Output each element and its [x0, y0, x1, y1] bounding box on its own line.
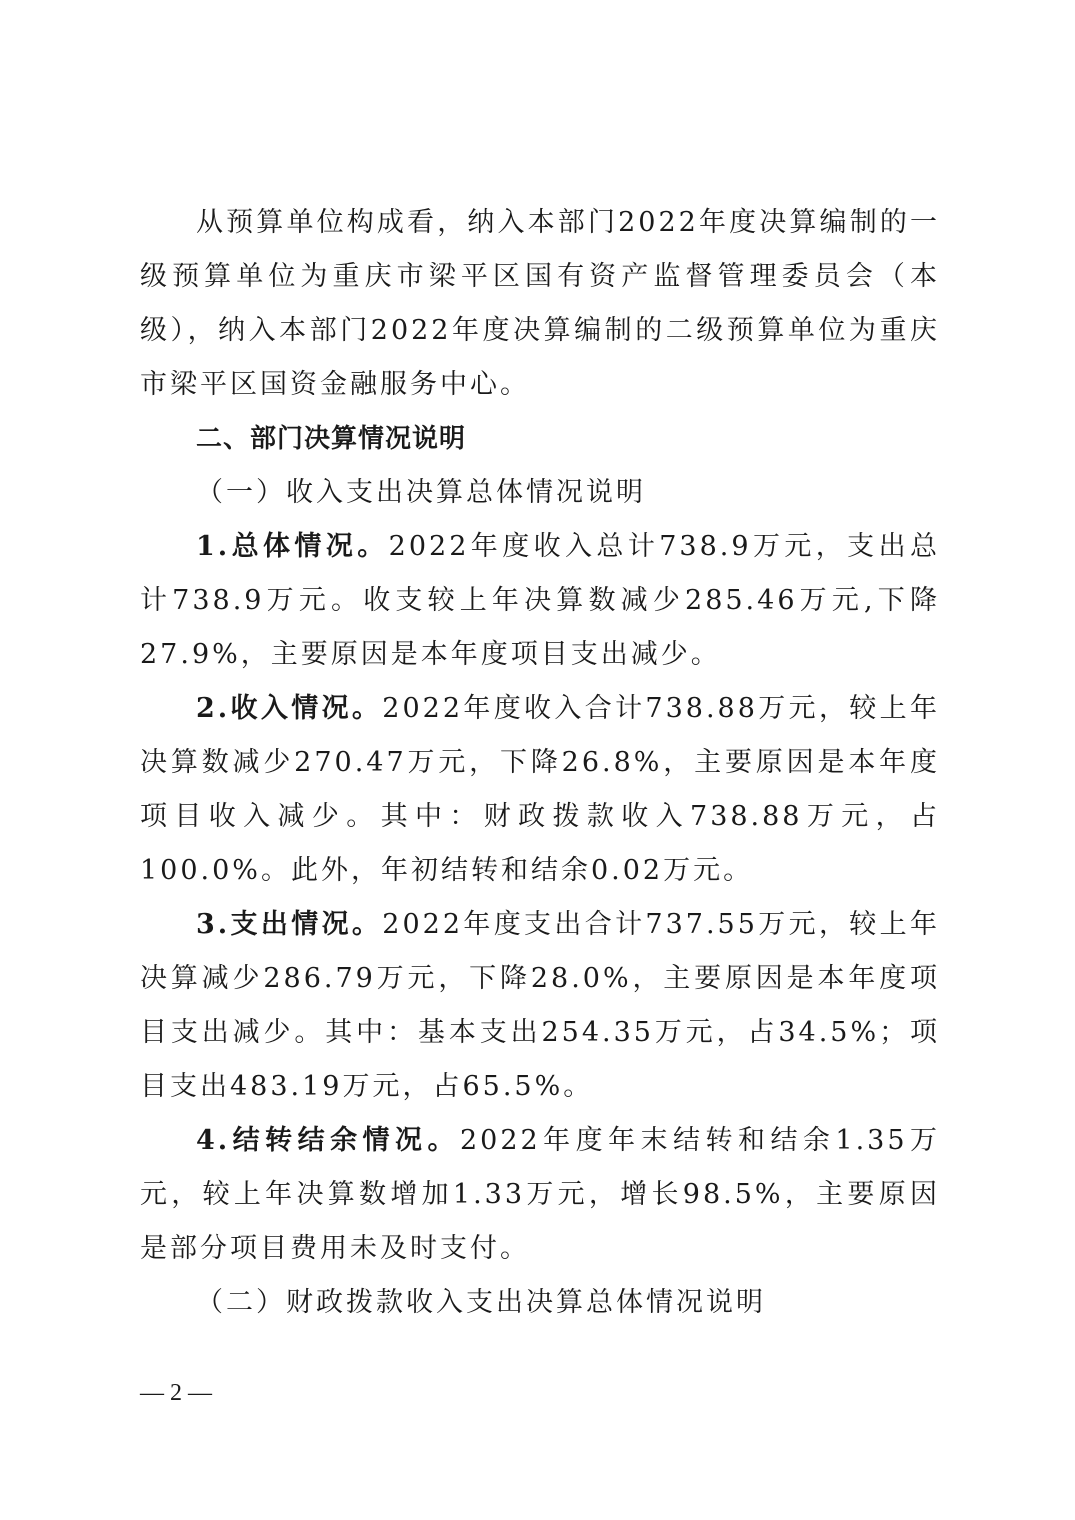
item-income: 2.收入情况。2022年度收入合计738.88万元，较上年决算数减少270.47…: [140, 682, 940, 898]
section-heading: 二、部门决算情况说明: [140, 412, 940, 466]
document-page: 从预算单位构成看，纳入本部门2022年度决算编制的一级预算单位为重庆市梁平区国有…: [140, 196, 940, 1330]
item-expenditure-lead: 3.支出情况。: [196, 909, 382, 940]
subsection-heading-1: （一）收入支出决算总体情况说明: [140, 466, 940, 520]
item-expenditure: 3.支出情况。2022年度支出合计737.55万元，较上年决算减少286.79万…: [140, 898, 940, 1114]
item-overall: 1.总体情况。2022年度收入总计738.9万元，支出总计738.9万元。收支较…: [140, 520, 940, 682]
subsection-heading-2: （二）财政拨款收入支出决算总体情况说明: [140, 1276, 940, 1330]
item-income-lead: 2.收入情况。: [196, 693, 382, 724]
item-carryover-lead: 4.结转结余情况。: [196, 1125, 460, 1156]
item-overall-lead: 1.总体情况。: [196, 531, 389, 562]
page-number: — 2 —: [140, 1380, 212, 1407]
item-carryover: 4.结转结余情况。2022年度年末结转和结余1.35万元，较上年决算数增加1.3…: [140, 1114, 940, 1276]
intro-paragraph: 从预算单位构成看，纳入本部门2022年度决算编制的一级预算单位为重庆市梁平区国有…: [140, 196, 940, 412]
